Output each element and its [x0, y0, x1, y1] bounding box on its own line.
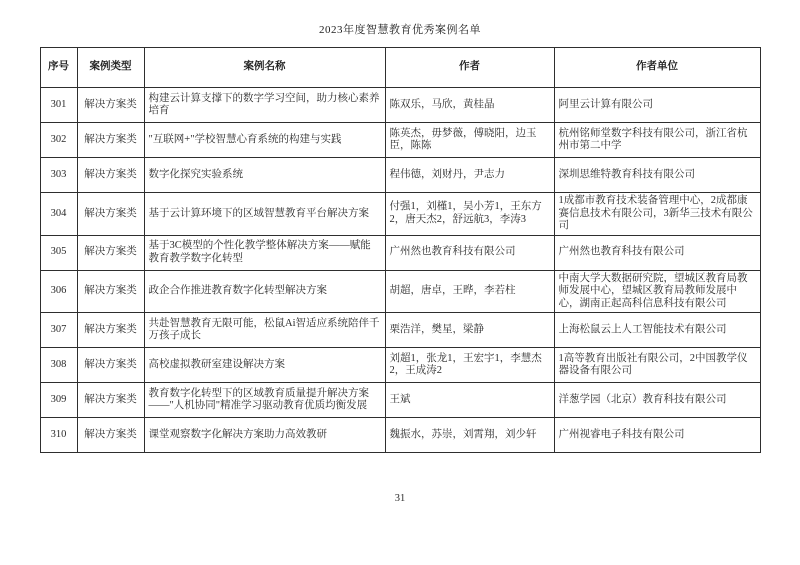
cell-case-name: "互联网+"学校智慧心育系统的构建与实践	[144, 123, 385, 158]
cell-case-type: 解决方案类	[77, 123, 144, 158]
cell-authors: 广州然也教育科技有限公司	[385, 235, 554, 270]
column-header-authors: 作者	[385, 48, 554, 88]
cell-authors: 程伟德，刘财丹，尹志力	[385, 158, 554, 193]
cell-case-name: 数字化探究实验系统	[144, 158, 385, 193]
column-header-case-name: 案例名称	[144, 48, 385, 88]
cell-author-unit: 杭州铭师堂数字科技有限公司，浙江省杭州市第二中学	[554, 123, 760, 158]
cell-case-type: 解决方案类	[77, 88, 144, 123]
cell-authors: 付强1，刘槿1，吴小芳1，王东方2，唐天杰2，舒远航3，李涛3	[385, 193, 554, 236]
cell-case-name: 高校虚拟教研室建设解决方案	[144, 348, 385, 383]
cell-author-unit: 上海松鼠云上人工智能技术有限公司	[554, 313, 760, 348]
table-row: 307解决方案类共赴智慧教育无限可能，松鼠Ai智适应系统陪伴千万孩子成长栗浩洋，…	[40, 313, 760, 348]
cell-case-type: 解决方案类	[77, 313, 144, 348]
cell-authors: 魏振水，苏崇，刘霄翔，刘少轩	[385, 418, 554, 453]
cell-serial-number: 309	[40, 383, 77, 418]
cell-author-unit: 广州视睿电子科技有限公司	[554, 418, 760, 453]
cell-serial-number: 304	[40, 193, 77, 236]
cell-author-unit: 1成都市教育技术装备管理中心，2成都康赛信息技术有限公司，3新华三技术有限公司	[554, 193, 760, 236]
cell-author-unit: 1高等教育出版社有限公司，2中国教学仪器设备有限公司	[554, 348, 760, 383]
cell-author-unit: 广州然也教育科技有限公司	[554, 235, 760, 270]
cell-serial-number: 308	[40, 348, 77, 383]
cell-serial-number: 310	[40, 418, 77, 453]
table-row: 304解决方案类基于云计算环境下的区域智慧教育平台解决方案付强1，刘槿1，吴小芳…	[40, 193, 760, 236]
cell-author-unit: 阿里云计算有限公司	[554, 88, 760, 123]
cell-case-name: 教育数字化转型下的区域教育质量提升解决方案——"人机协同"精准学习驱动教育优质均…	[144, 383, 385, 418]
cell-case-type: 解决方案类	[77, 270, 144, 313]
table-row: 308解决方案类高校虚拟教研室建设解决方案刘超1，张龙1，王宏宇1，李慧杰2，王…	[40, 348, 760, 383]
table-row: 305解决方案类基于3C模型的个性化教学整体解决方案——赋能教育教学数字化转型广…	[40, 235, 760, 270]
cell-authors: 王斌	[385, 383, 554, 418]
cell-serial-number: 303	[40, 158, 77, 193]
cell-serial-number: 301	[40, 88, 77, 123]
cell-case-type: 解决方案类	[77, 158, 144, 193]
table-header-row: 序号 案例类型 案例名称 作者 作者单位	[40, 48, 760, 88]
document-title: 2023年度智慧教育优秀案例名单	[0, 23, 800, 37]
cell-authors: 栗浩洋，樊星，梁静	[385, 313, 554, 348]
cell-authors: 刘超1，张龙1，王宏宇1，李慧杰2，王成涛2	[385, 348, 554, 383]
cell-case-name: 共赴智慧教育无限可能，松鼠Ai智适应系统陪伴千万孩子成长	[144, 313, 385, 348]
table-row: 303解决方案类数字化探究实验系统程伟德，刘财丹，尹志力深圳思维特教育科技有限公…	[40, 158, 760, 193]
cases-table-body: 301解决方案类构建云计算支撑下的数字学习空间，助力核心素养培育陈双乐，马欣，黄…	[40, 88, 760, 453]
cell-case-name: 基于云计算环境下的区域智慧教育平台解决方案	[144, 193, 385, 236]
cell-case-name: 基于3C模型的个性化教学整体解决方案——赋能教育教学数字化转型	[144, 235, 385, 270]
cell-case-name: 构建云计算支撑下的数字学习空间，助力核心素养培育	[144, 88, 385, 123]
cell-authors: 陈英杰，毋梦薇，傅晓阳，边玉臣，陈陈	[385, 123, 554, 158]
cell-serial-number: 302	[40, 123, 77, 158]
column-header-serial-number: 序号	[40, 48, 77, 88]
cell-authors: 陈双乐，马欣，黄桂晶	[385, 88, 554, 123]
table-row: 309解决方案类教育数字化转型下的区域教育质量提升解决方案——"人机协同"精准学…	[40, 383, 760, 418]
cell-author-unit: 中南大学大数据研究院，望城区教育局教师发展中心，望城区教育局教师发展中心，湖南正…	[554, 270, 760, 313]
cell-case-type: 解决方案类	[77, 193, 144, 236]
table-row: 306解决方案类政企合作推进教育数字化转型解决方案胡超，唐卓，王晔，李若柱中南大…	[40, 270, 760, 313]
cell-case-type: 解决方案类	[77, 348, 144, 383]
cell-serial-number: 307	[40, 313, 77, 348]
cell-serial-number: 306	[40, 270, 77, 313]
table-row: 301解决方案类构建云计算支撑下的数字学习空间，助力核心素养培育陈双乐，马欣，黄…	[40, 88, 760, 123]
table-row: 302解决方案类"互联网+"学校智慧心育系统的构建与实践陈英杰，毋梦薇，傅晓阳，…	[40, 123, 760, 158]
cases-table: 序号 案例类型 案例名称 作者 作者单位 301解决方案类构建云计算支撑下的数字…	[40, 47, 761, 453]
column-header-case-type: 案例类型	[77, 48, 144, 88]
cell-case-type: 解决方案类	[77, 383, 144, 418]
page-number: 31	[0, 493, 800, 504]
cell-authors: 胡超，唐卓，王晔，李若柱	[385, 270, 554, 313]
cell-case-type: 解决方案类	[77, 235, 144, 270]
table-row: 310解决方案类课堂观察数字化解决方案助力高效教研魏振水，苏崇，刘霄翔，刘少轩广…	[40, 418, 760, 453]
column-header-author-unit: 作者单位	[554, 48, 760, 88]
cell-author-unit: 洋葱学园（北京）教育科技有限公司	[554, 383, 760, 418]
cell-case-name: 政企合作推进教育数字化转型解决方案	[144, 270, 385, 313]
cell-case-name: 课堂观察数字化解决方案助力高效教研	[144, 418, 385, 453]
cell-case-type: 解决方案类	[77, 418, 144, 453]
cell-author-unit: 深圳思维特教育科技有限公司	[554, 158, 760, 193]
cell-serial-number: 305	[40, 235, 77, 270]
